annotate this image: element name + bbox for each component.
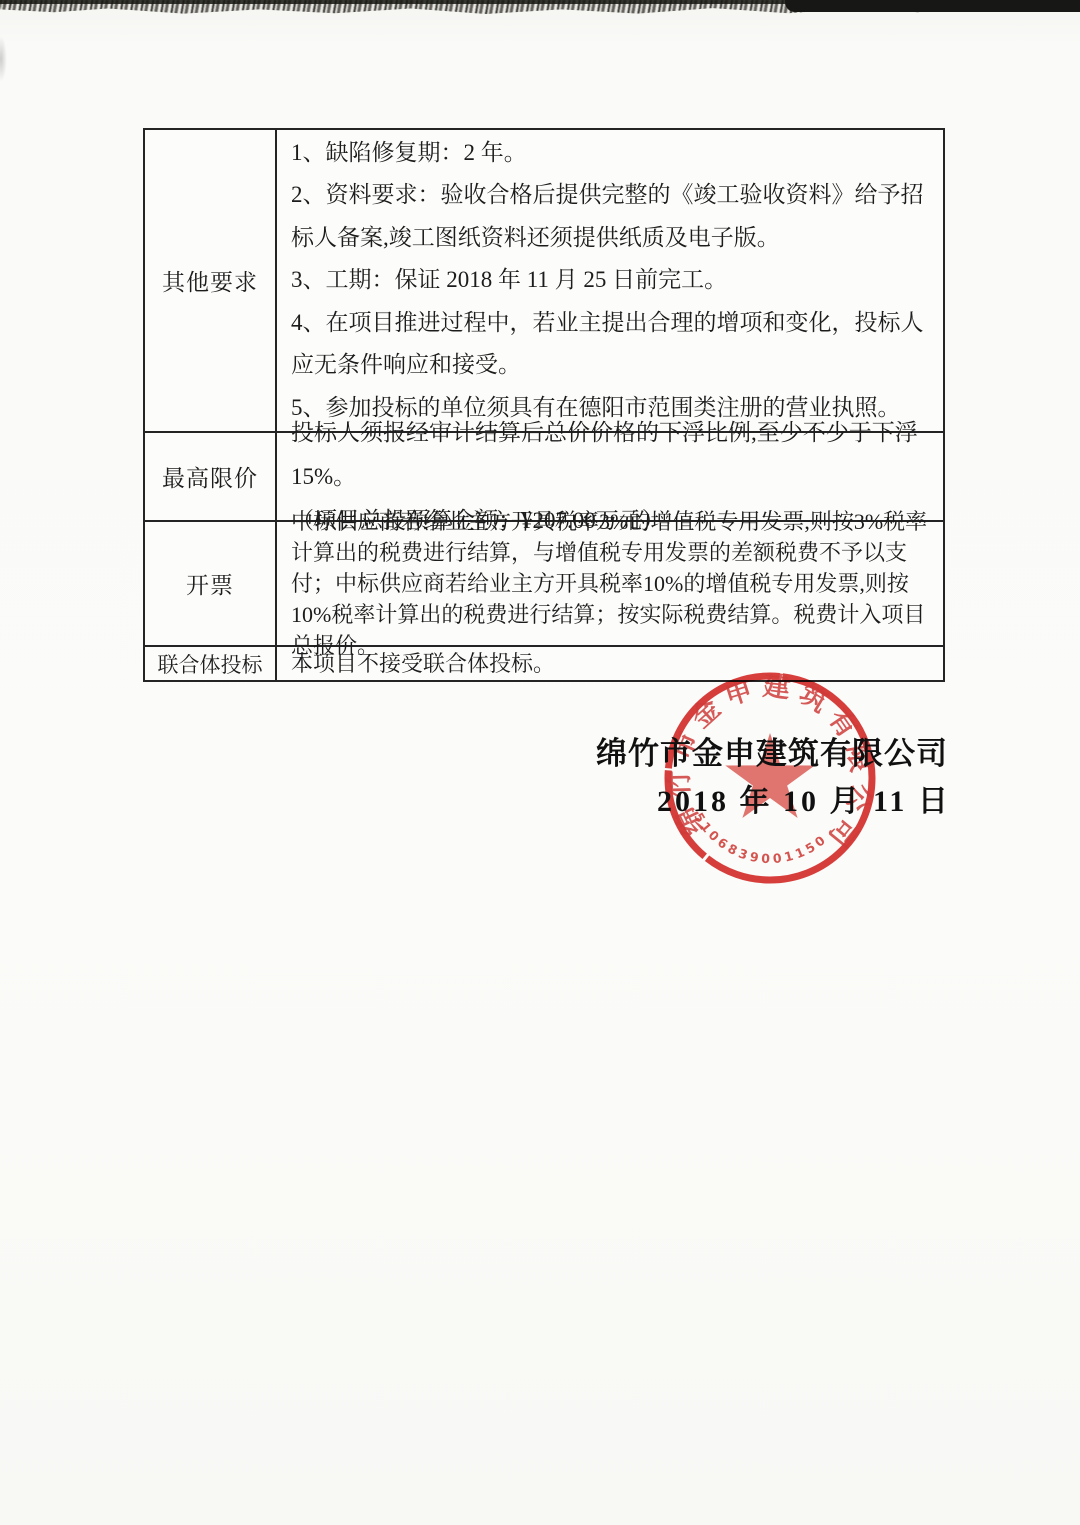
invoicing-text: 中标供应商若给业主方开具税率3%的增值税专用发票,则按3%税率计算出的税费进行结… — [291, 506, 931, 661]
paper-speckles — [0, 0, 2, 2]
requirements-table: 其他要求 1、缺陷修复期：2 年。 2、资料要求：验收合格后提供完整的《竣工验收… — [143, 128, 945, 682]
table-row: 开票 中标供应商若给业主方开具税率3%的增值税专用发票,则按3%税率计算出的税费… — [145, 520, 943, 645]
row-label-invoicing: 开票 — [145, 522, 277, 645]
requirement-item: 1、缺陷修复期：2 年。 — [291, 132, 931, 175]
requirement-item: 4、在项目推进过程中，若业主提出合理的增项和变化，投标人应无条件响应和接受。 — [291, 302, 931, 387]
scan-artifact-solid — [785, 0, 1080, 12]
scan-artifact-band — [0, 0, 1080, 24]
requirement-item: 2、资料要求：验收合格后提供完整的《竣工验收资料》给予招标人备案,竣工图纸资料还… — [291, 174, 931, 259]
signature-company-name: 绵竹市金申建筑有限公司 — [596, 728, 948, 773]
row-label-max-price: 最高限价 — [145, 433, 277, 520]
max-price-text: 投标人须报经审计结算后总价价格的下浮比例,至少不少于下浮15%。 — [291, 411, 931, 499]
scanned-document-page: 其他要求 1、缺陷修复期：2 年。 2、资料要求：验收合格后提供完整的《竣工验收… — [0, 0, 1080, 1525]
row-label-joint-bidding: 联合体投标 — [145, 647, 277, 680]
row-label-other-requirements: 其他要求 — [145, 130, 277, 431]
table-row: 其他要求 1、缺陷修复期：2 年。 2、资料要求：验收合格后提供完整的《竣工验收… — [145, 130, 943, 431]
row-content-other-requirements: 1、缺陷修复期：2 年。 2、资料要求：验收合格后提供完整的《竣工验收资料》给予… — [277, 130, 943, 431]
scan-edge-smudge — [0, 36, 7, 82]
signature-date: 2018 年 10 月 11 日 — [657, 776, 951, 820]
row-content-invoicing: 中标供应商若给业主方开具税率3%的增值税专用发票,则按3%税率计算出的税费进行结… — [277, 522, 943, 645]
requirement-item: 3、工期：保证 2018 年 11 月 25 日前完工。 — [291, 259, 931, 302]
